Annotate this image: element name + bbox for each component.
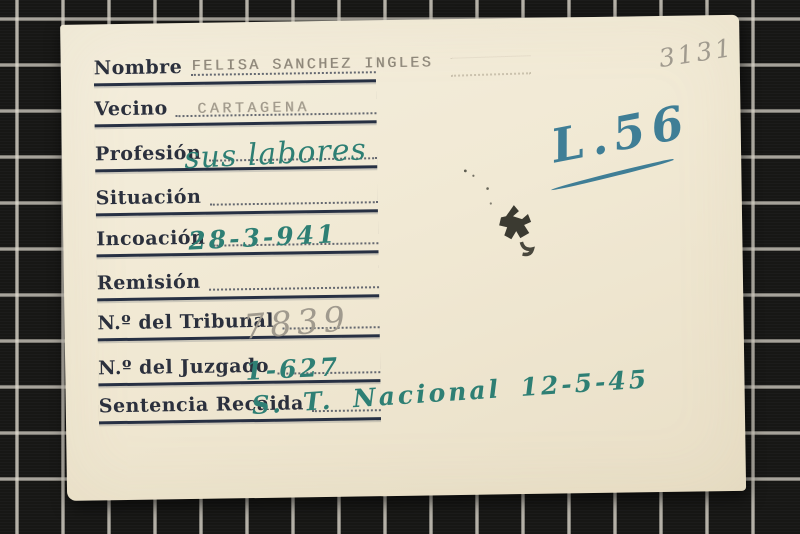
field-label-vecino: Vecino [94,99,168,120]
dotted-leader [209,201,377,205]
field-label-nombre: Nombre [94,58,183,79]
pencil-number-annotation: 3131 [657,34,736,73]
field-value-profesion: sus labores [183,133,367,175]
dotted-leader [209,286,379,291]
field-value-vecino: CARTAGENA [197,100,310,118]
field-row-remision: Remisión [97,263,379,301]
field-value-tribunal: 7839 [242,301,351,347]
record-card: Nombre Vecino Profesión Situación Incoac… [60,15,746,501]
field-label-juzgado: N.º del Juzgado [98,357,269,380]
field-row-situacion: Situación [95,178,377,216]
field-label-situacion: Situación [96,188,202,210]
field-value-nombre: FELISA SANCHEZ INGLES [192,55,434,75]
ink-code-annotation: L.56 [547,96,694,172]
faded-stamp-remnant [450,55,531,77]
field-value-juzgado: 1-627 [245,353,341,385]
field-label-remision: Remisión [97,273,201,295]
ink-stain [457,158,554,264]
